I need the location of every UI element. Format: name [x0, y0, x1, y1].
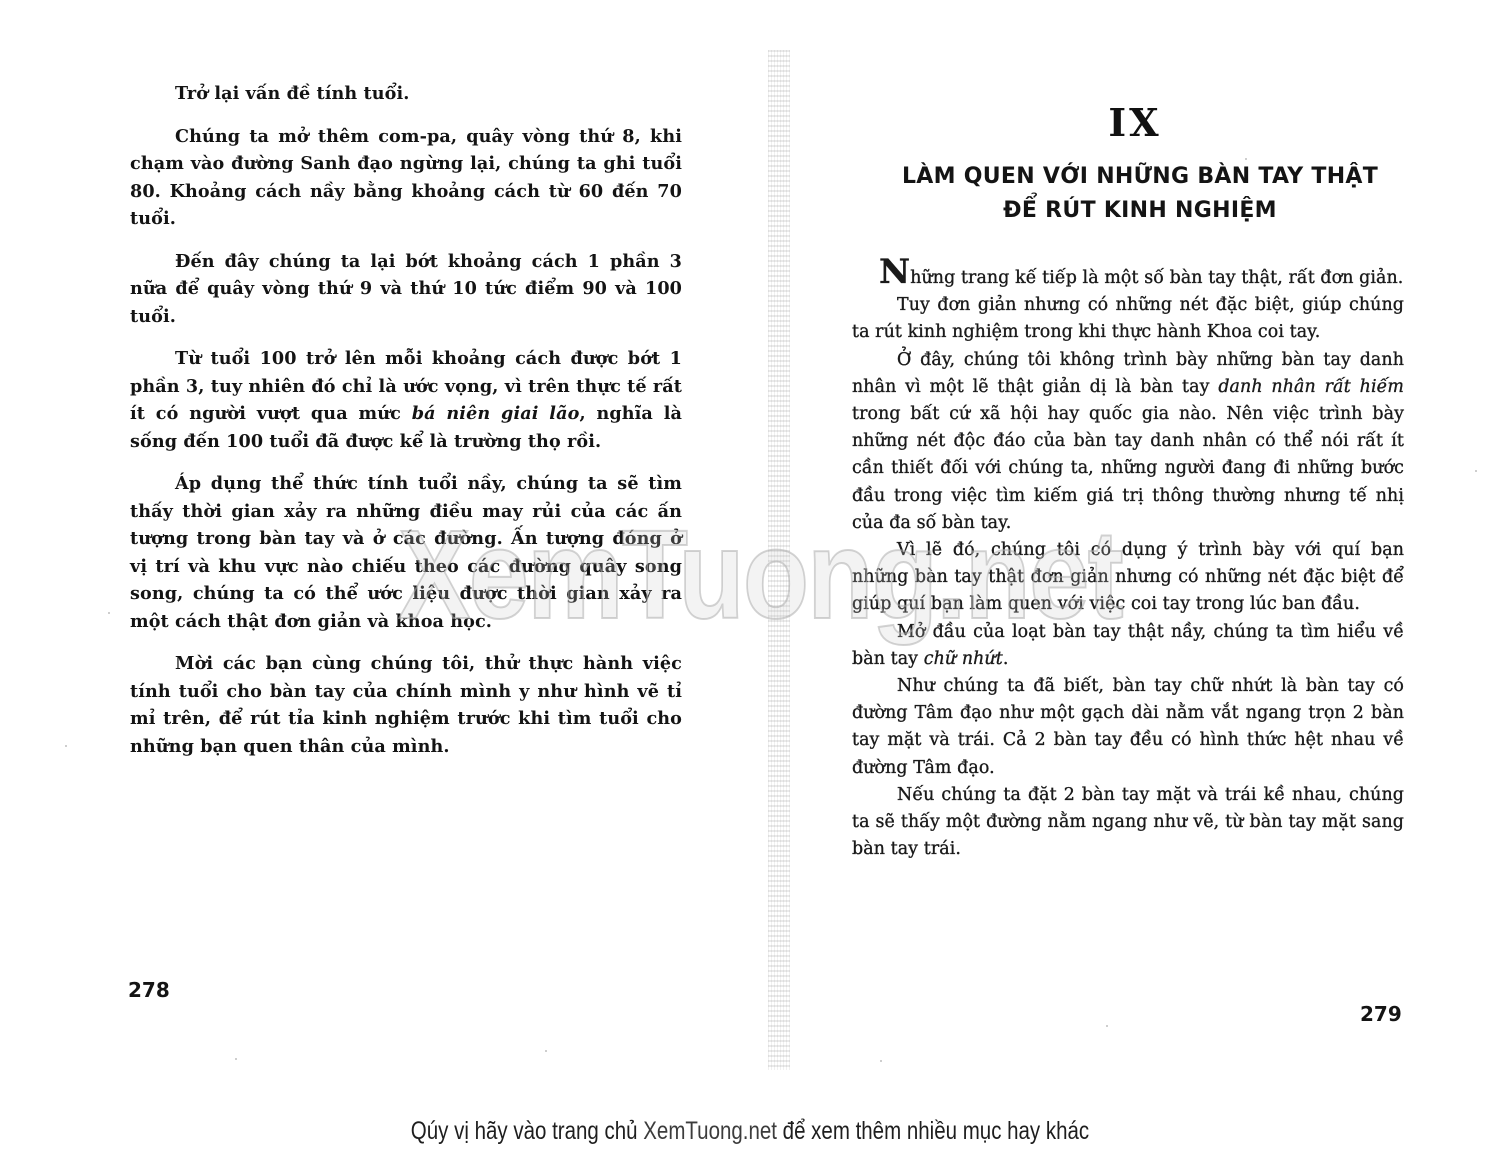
scan-speck [1245, 158, 1247, 160]
italic-phrase: chữ nhứt [924, 649, 1003, 669]
paragraph: Áp dụng thể thức tính tuổi nầy, chúng ta… [130, 470, 682, 635]
paragraph-text: . [1003, 649, 1009, 669]
paragraph: Vì lẽ đó, chúng tôi có dụng ý trình bày … [852, 537, 1404, 619]
paragraph: Như chúng ta đã biết, bàn tay chữ nhứt l… [852, 673, 1404, 782]
chapter-title-line-2: ĐỂ RÚT KINH NGHIỆM [810, 194, 1470, 228]
right-page: IX LÀM QUEN VỚI NHỮNG BÀN TAY THẬT ĐỂ RÚ… [770, 0, 1500, 1075]
page-number-right: 279 [1360, 1002, 1402, 1026]
paragraph: Những trang kế tiếp là một số bàn tay th… [852, 262, 1404, 292]
paragraph-text: Mời các bạn cùng chúng tôi, thử thực hàn… [130, 653, 682, 757]
chapter-title: LÀM QUEN VỚI NHỮNG BÀN TAY THẬT ĐỂ RÚT K… [810, 160, 1470, 228]
paragraph-text: trong bất cứ xã hội hay quốc gia nào. Nê… [852, 404, 1404, 533]
page-number-left: 278 [128, 978, 170, 1002]
drop-cap: N [879, 252, 910, 292]
paragraph-text: Áp dụng thể thức tính tuổi nầy, chúng ta… [130, 473, 682, 632]
scan-speck [65, 745, 67, 747]
paragraph-text: Như chúng ta đã biết, bàn tay chữ nhứt l… [852, 676, 1404, 778]
paragraph: Mời các bạn cùng chúng tôi, thử thực hàn… [130, 650, 682, 760]
scan-speck [235, 1058, 237, 1060]
right-page-body: Những trang kế tiếp là một số bàn tay th… [852, 262, 1404, 863]
paragraph: Ở đây, chúng tôi không trình bày những b… [852, 347, 1404, 537]
italic-phrase: danh nhân rất hiếm [1218, 377, 1404, 397]
chapter-title-line-1: LÀM QUEN VỚI NHỮNG BÀN TAY THẬT [810, 160, 1470, 194]
scan-speck [1475, 470, 1477, 472]
home-link[interactable]: XemTuong.net [643, 1117, 777, 1145]
paragraph-text: Trở lại vấn đề tính tuổi. [175, 83, 409, 104]
book-spread: Trở lại vấn đề tính tuổi. Chúng ta mở th… [0, 0, 1500, 1100]
paragraph: Mở đầu của loạt bàn tay thật nầy, chúng … [852, 619, 1404, 673]
scan-speck [880, 1060, 882, 1062]
paragraph: Tuy đơn giản nhưng có những nét đặc biệt… [852, 292, 1404, 346]
paragraph-text: Đến đây chúng ta lại bớt khoảng cách 1 p… [130, 251, 682, 327]
chapter-number: IX [770, 100, 1500, 145]
paragraph: Chúng ta mở thêm com-pa, quây vòng thứ 8… [130, 123, 682, 233]
italic-phrase: bá niên giai lão [412, 403, 580, 424]
scan-speck [545, 1050, 547, 1052]
paragraph-text: Nếu chúng ta đặt 2 bàn tay mặt và trái k… [852, 785, 1404, 859]
left-page: Trở lại vấn đề tính tuổi. Chúng ta mở th… [0, 0, 770, 1075]
paragraph-text: hững trang kế tiếp là một số bàn tay thậ… [910, 268, 1403, 288]
paragraph-text: Vì lẽ đó, chúng tôi có dụng ý trình bày … [852, 540, 1404, 614]
paragraph-text: Chúng ta mở thêm com-pa, quây vòng thứ 8… [130, 126, 682, 230]
paragraph: Trở lại vấn đề tính tuổi. [130, 80, 682, 108]
footer-text: Qúy vị hãy vào trang chủ [411, 1117, 643, 1145]
scan-speck [108, 612, 110, 614]
left-page-body: Trở lại vấn đề tính tuổi. Chúng ta mở th… [130, 80, 682, 775]
paragraph: Nếu chúng ta đặt 2 bàn tay mặt và trái k… [852, 782, 1404, 864]
paragraph: Từ tuổi 100 trở lên mỗi khoảng cách được… [130, 345, 682, 455]
paragraph-text: Tuy đơn giản nhưng có những nét đặc biệt… [852, 295, 1404, 342]
scan-speck [1106, 1025, 1108, 1027]
footer-banner: Qúy vị hãy vào trang chủ XemTuong.net để… [135, 1117, 1365, 1146]
paragraph: Đến đây chúng ta lại bớt khoảng cách 1 p… [130, 248, 682, 331]
footer-text: để xem thêm nhiều mục hay khác [777, 1117, 1089, 1145]
